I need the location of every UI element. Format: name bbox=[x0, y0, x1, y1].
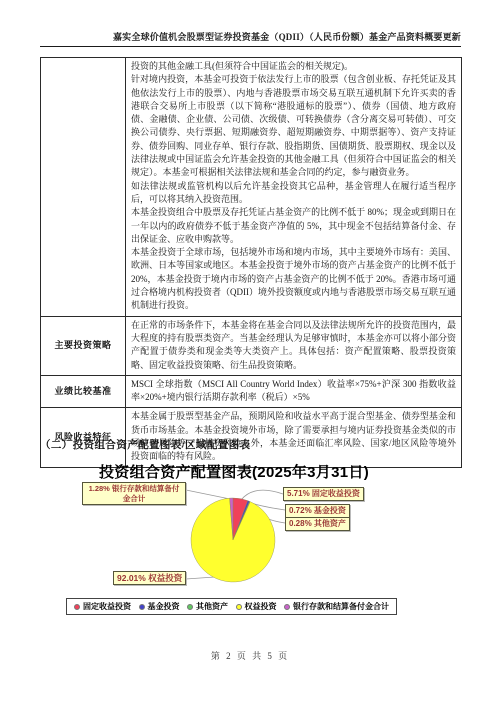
callout-other-assets: 0.28% 其他资产 bbox=[285, 517, 350, 531]
pie-slices bbox=[191, 498, 275, 582]
legend-marker-fund-icon bbox=[139, 604, 145, 610]
legend-item: 银行存款和结算备付金合计 bbox=[284, 601, 389, 612]
document-page: 嘉实全球价值机会股票型证券投资基金（QDII）（人民币份额）基金产品资料概要更新… bbox=[0, 0, 500, 707]
legend-item: 基金投资 bbox=[139, 601, 180, 612]
callout-fixed-income: 5.71% 固定收益投资 bbox=[283, 487, 364, 501]
paragraph: 在正常的市场条件下，本基金将在基金合同以及法律法规所允许的投资范围内，最大程度的… bbox=[131, 319, 456, 372]
legend-label: 固定收益投资 bbox=[83, 601, 131, 612]
row-label-benchmark: 业绩比较基准 bbox=[41, 375, 126, 408]
pie-chart-svg bbox=[0, 456, 500, 646]
row-label-empty bbox=[41, 58, 126, 317]
paragraph: 针对境内投资，本基金可投资于依法发行上市的股票（包含创业板、存托凭证及其他依法发… bbox=[131, 73, 456, 179]
page-header-title: 嘉实全球价值机会股票型证券投资基金（QDII）（人民币份额）基金产品资料概要更新 bbox=[40, 30, 461, 47]
legend-marker-other-icon bbox=[187, 604, 193, 610]
benchmark-content: MSCI 全球指数（MSCI All Country World Index）收… bbox=[126, 375, 462, 408]
section-heading: （二）投资组合资产配置图表/区域配置图表 bbox=[40, 437, 250, 452]
row-label-strategy: 主要投资策略 bbox=[41, 316, 126, 375]
chart-legend: 固定收益投资 基金投资 其他资产 权益投资 银行存款和结算备付金合计 bbox=[66, 598, 397, 615]
table-row: 业绩比较基准 MSCI 全球指数（MSCI All Country World … bbox=[41, 375, 462, 408]
callout-bank-deposits: 1.28% 银行存款和结算备付金合计 bbox=[82, 482, 186, 505]
paragraph: 如法律法规或监管机构以后允许基金投资其它品种，基金管理人在履行适当程序后，可以将… bbox=[131, 180, 456, 207]
callout-fund-investment: 0.72% 基金投资 bbox=[285, 504, 350, 518]
page-number: 第 2 页 共 5 页 bbox=[0, 649, 500, 662]
paragraph: MSCI 全球指数（MSCI All Country World Index）收… bbox=[131, 378, 456, 405]
legend-label: 权益投资 bbox=[245, 601, 277, 612]
legend-label: 银行存款和结算备付金合计 bbox=[293, 601, 389, 612]
legend-item: 其他资产 bbox=[187, 601, 228, 612]
table-row: 投资的其他金融工具(但须符合中国证监会的相关规定)。 针对境内投资，本基金可投资… bbox=[41, 58, 462, 317]
strategy-content: 在正常的市场条件下，本基金将在基金合同以及法律法规所允许的投资范围内，最大程度的… bbox=[126, 316, 462, 375]
legend-label: 其他资产 bbox=[196, 601, 228, 612]
legend-marker-bank-icon bbox=[284, 604, 290, 610]
legend-marker-equity-icon bbox=[236, 604, 242, 610]
paragraph: 本基金投资于全球市场，包括境外市场和境内市场，其中主要境外市场有：美国、欧洲、日… bbox=[131, 246, 456, 312]
asset-allocation-chart: 投资组合资产配置图表(2025年3月31日) 1.28% 银行存款和结算备付金合… bbox=[0, 456, 500, 646]
legend-item: 权益投资 bbox=[236, 601, 277, 612]
investment-scope-content: 投资的其他金融工具(但须符合中国证监会的相关规定)。 针对境内投资，本基金可投资… bbox=[126, 58, 462, 317]
legend-marker-fixed-income-icon bbox=[74, 604, 80, 610]
paragraph: 本基金投资组合中股票及存托凭证占基金资产的比例不低于 80%；现金或到期日在一年… bbox=[131, 206, 456, 246]
leader-line bbox=[241, 490, 283, 500]
table-row: 主要投资策略 在正常的市场条件下，本基金将在基金合同以及法律法规所允许的投资范围… bbox=[41, 316, 462, 375]
paragraph: 投资的其他金融工具(但须符合中国证监会的相关规定)。 bbox=[131, 60, 456, 73]
fund-info-table: 投资的其他金融工具(但须符合中国证监会的相关规定)。 针对境内投资，本基金可投资… bbox=[40, 57, 462, 468]
legend-item: 固定收益投资 bbox=[74, 601, 131, 612]
leader-line bbox=[186, 490, 230, 499]
legend-label: 基金投资 bbox=[148, 601, 180, 612]
callout-equity: 92.01% 权益投资 bbox=[113, 571, 186, 585]
